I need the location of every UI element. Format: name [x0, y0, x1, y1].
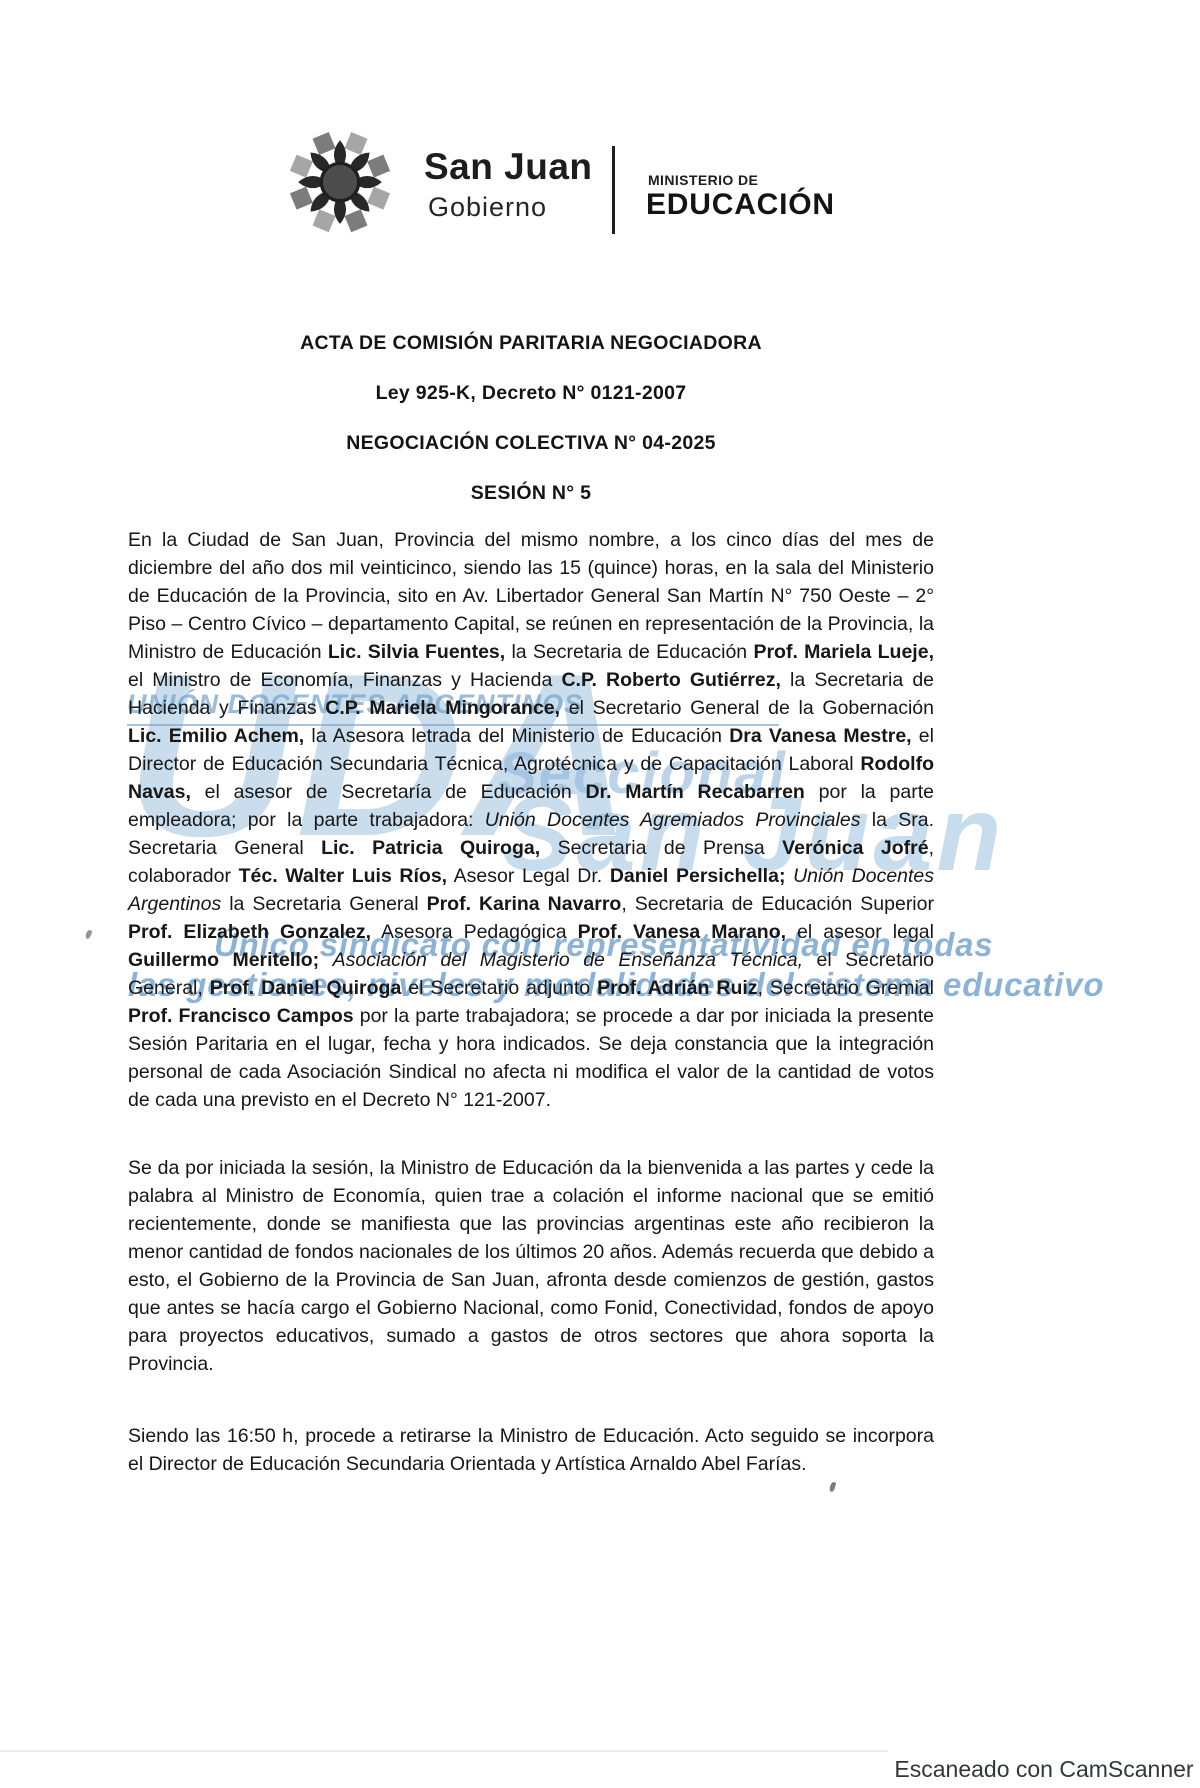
text-segment: Dr. Martín Recabarren: [585, 781, 804, 803]
text-segment: Verónica Jofré: [782, 837, 928, 859]
text-segment: Unión Docentes Agremiados Provinciales: [485, 809, 861, 831]
negotiation-number: NEGOCIACIÓN COLECTIVA N° 04-2025: [128, 418, 934, 468]
text-segment: , Secretaria de Educación Superior: [621, 893, 934, 915]
text-segment: Prof. Daniel Quiroga: [210, 977, 402, 999]
scan-edge-line: [0, 1750, 893, 1752]
camscanner-credit: Escaneado con CamScanner: [888, 1750, 1200, 1788]
text-segment: Asesor Legal Dr.: [447, 865, 610, 887]
text-segment: Prof. Adrián Ruiz: [597, 977, 757, 999]
text-segment: el asesor legal: [786, 921, 934, 943]
text-segment: C.P. Mariela Mingorance,: [325, 697, 560, 719]
text-segment: la Secretaria General: [221, 893, 426, 915]
ministry-name: EDUCACIÓN: [646, 188, 835, 222]
text-segment: Prof. Elizabeth Gonzalez,: [128, 921, 371, 943]
document-law-reference: Ley 925-K, Decreto N° 0121-2007: [128, 368, 934, 418]
text-segment: Daniel Persichella;: [610, 865, 786, 887]
text-segment: Secretaria de Prensa: [540, 837, 782, 859]
document-title: ACTA DE COMISIÓN PARITARIA NEGOCIADORA: [128, 318, 934, 368]
text-segment: Asesora Pedagógica: [371, 921, 578, 943]
text-segment: Lic. Silvia Fuentes,: [328, 641, 505, 663]
text-segment: el Ministro de Economía, Finanzas y Haci…: [128, 669, 561, 691]
text-segment: la Secretaria de Educación: [505, 641, 753, 663]
text-segment: Téc. Walter Luis Ríos,: [239, 865, 448, 887]
header-divider: [612, 146, 615, 234]
text-segment: Prof. Vanesa Marano,: [578, 921, 786, 943]
text-segment: [785, 865, 793, 887]
document-title-block: ACTA DE COMISIÓN PARITARIA NEGOCIADORA L…: [128, 318, 934, 518]
paragraph-session-opening: Se da por iniciada la sesión, la Ministr…: [128, 1154, 934, 1378]
text-segment: [319, 949, 332, 971]
paragraph-minister-exit: Siendo las 16:50 h, procede a retirarse …: [128, 1422, 934, 1478]
text-segment: Dra Vanesa Mestre,: [729, 725, 911, 747]
text-segment: Prof. Francisco Campos: [128, 1005, 354, 1027]
text-segment: Prof. Karina Navarro: [427, 893, 622, 915]
text-segment: Siendo las 16:50 h, procede a retirarse …: [128, 1425, 934, 1475]
text-segment: Prof. Mariela Lueje,: [753, 641, 934, 663]
text-segment: el Secretario adjunto: [401, 977, 597, 999]
text-segment: la Asesora letrada del Ministerio de Edu…: [304, 725, 729, 747]
ministry-label: MINISTERIO DE: [648, 172, 758, 188]
text-segment: Guillermo Meritello;: [128, 949, 319, 971]
text-segment: Se da por iniciada la sesión, la Ministr…: [128, 1157, 934, 1375]
session-number: SESIÓN N° 5: [128, 468, 934, 518]
text-segment: , Secretario Gremial: [758, 977, 934, 999]
document-body: En la Ciudad de San Juan, Provincia del …: [128, 526, 934, 1478]
text-segment: Lic. Emilio Achem,: [128, 725, 304, 747]
text-segment: Lic. Patricia Quiroga,: [321, 837, 540, 859]
scan-speck: [829, 1482, 836, 1493]
logo-title: San Juan: [424, 146, 593, 188]
scanned-document-page: San Juan Gobierno MINISTERIO DE EDUCACIÓ…: [0, 0, 1200, 1788]
paragraph-attendees: En la Ciudad de San Juan, Provincia del …: [128, 526, 934, 1114]
san-juan-sun-logo-icon: [282, 126, 398, 236]
text-segment: Asociación del Magisterio de Enseñanza T…: [333, 949, 803, 971]
text-segment: el asesor de Secretaría de Educación: [191, 781, 586, 803]
scan-speck: [85, 929, 93, 939]
text-segment: el Secretario General de la Gobernación: [560, 697, 934, 719]
text-segment: C.P. Roberto Gutiérrez,: [561, 669, 780, 691]
logo-subtitle: Gobierno: [428, 192, 547, 223]
